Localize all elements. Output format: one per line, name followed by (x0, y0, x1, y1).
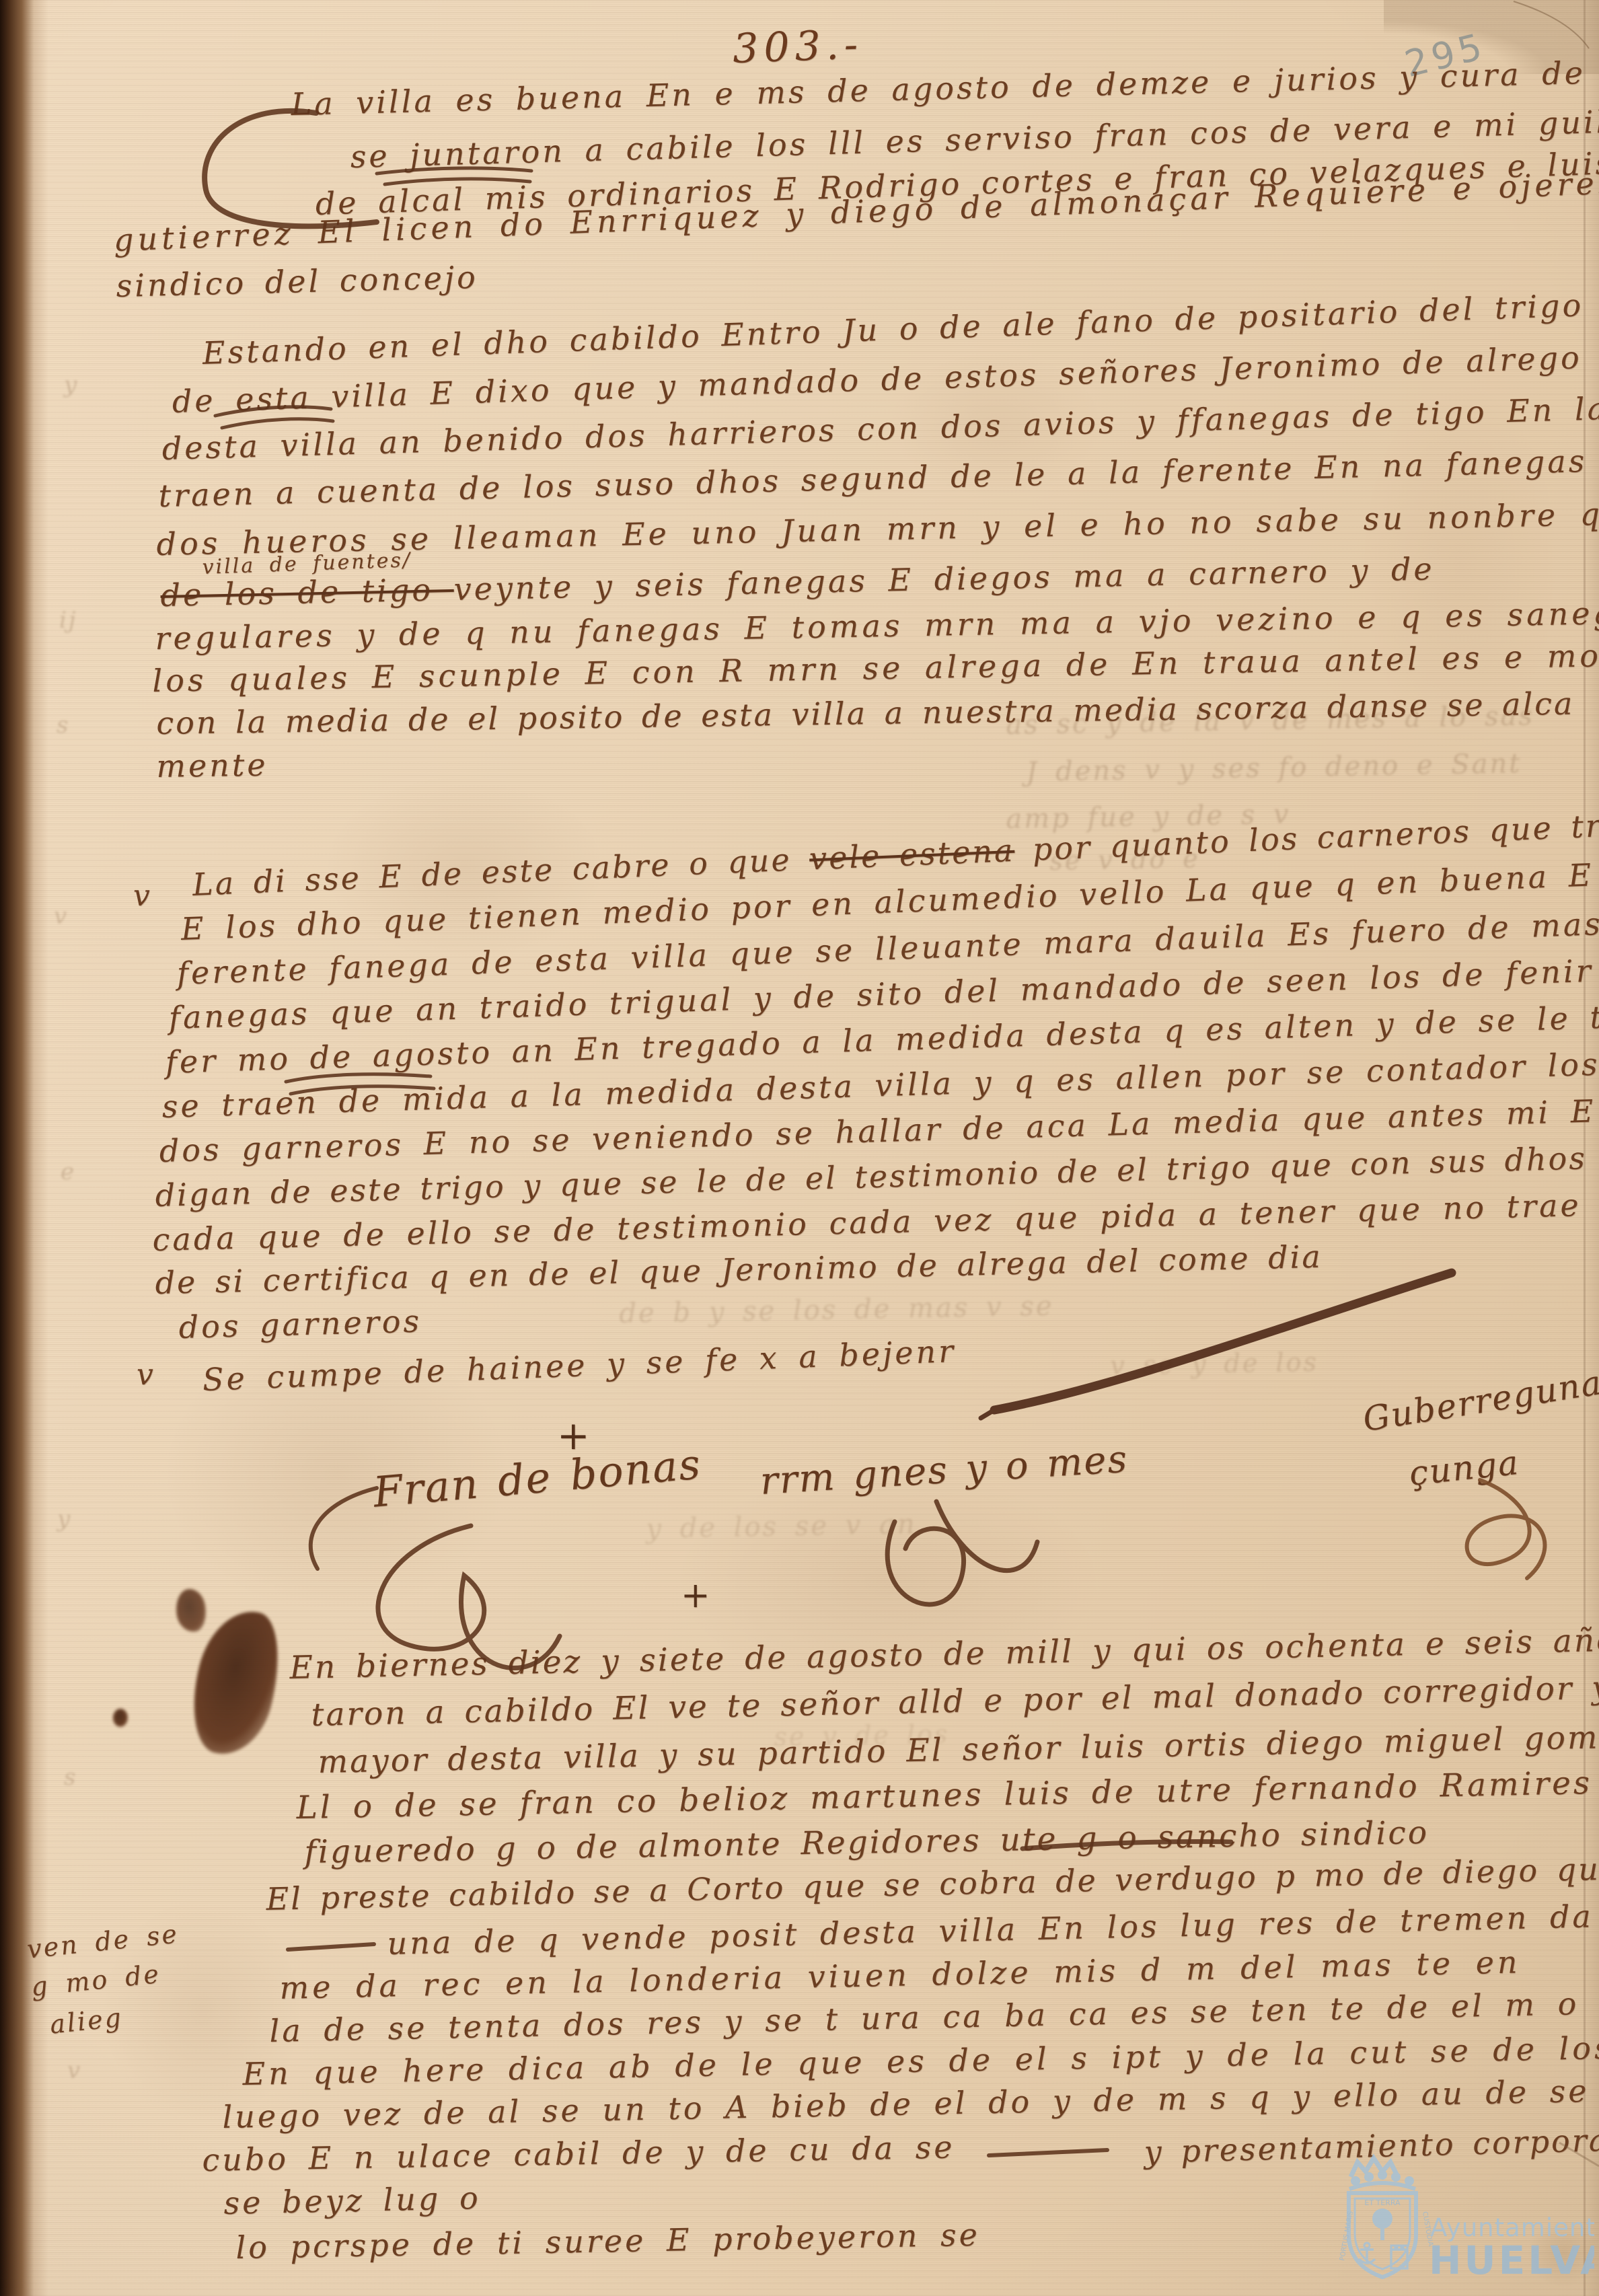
manuscript-line: e (61, 1158, 76, 1185)
manuscript-line: amp fue y de s v (1006, 799, 1291, 835)
manuscript-line: v (54, 903, 69, 930)
manuscript-line: J dens v y ses fo deno e Sant (1026, 748, 1522, 788)
ink-dot (113, 1709, 128, 1727)
manuscript-line: de b y se los de mas v se (619, 1291, 1054, 1329)
huelva-watermark: ET TERRA PORTUS MARIS CUSTODIA Ayuntamie… (1312, 2150, 1594, 2296)
manuscript-line: se v do e (1049, 844, 1200, 876)
coat-of-arms-icon (1349, 2158, 1416, 2277)
manuscript-line: se v de los (774, 1719, 950, 1752)
manuscript-line: y (57, 1506, 72, 1532)
watermark-motto-top: ET TERRA (1364, 2198, 1401, 2207)
manuscript-line: as sc y de la v de mes a lo sas (1006, 700, 1534, 741)
manuscript-scan-page: { "page": { "folio_number_ink": "303.-",… (0, 0, 1599, 2296)
manuscript-line: ij (59, 607, 77, 634)
bleedthrough-ghosts: as sc y de la v de mes a lo sasJ dens v … (0, 0, 1599, 2296)
manuscript-line: v (67, 2057, 82, 2084)
watermark-city-name: HUELVA (1429, 2237, 1594, 2283)
manuscript-line: s (64, 1764, 77, 1791)
manuscript-line: v se y de los (1110, 1347, 1318, 1380)
manuscript-line: y (64, 371, 79, 398)
manuscript-line: s (57, 712, 70, 739)
manuscript-line: y de los se v an (646, 1509, 917, 1545)
